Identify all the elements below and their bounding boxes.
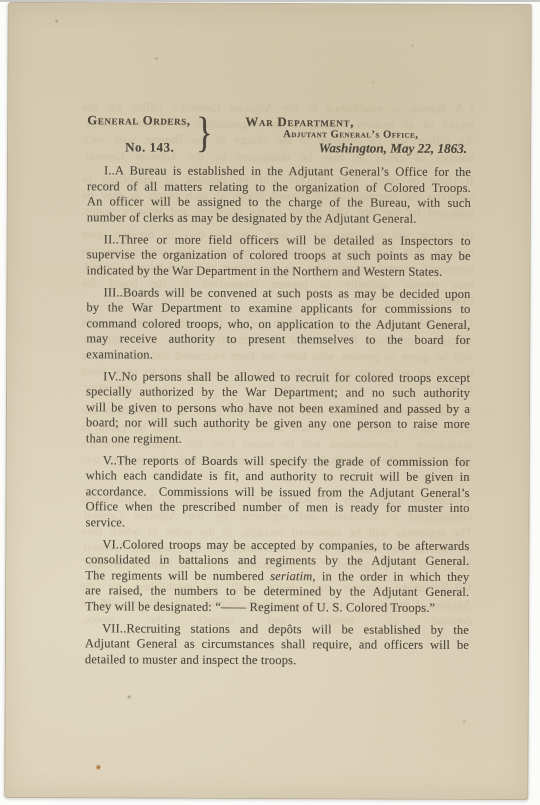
text-line: An officer will be assigned to the charg…: [87, 194, 471, 211]
text-line: than one regiment.: [86, 431, 470, 448]
text-line: The regiments will be numbered seriatim,…: [85, 568, 469, 585]
text-line: indicated by the War Department in the N…: [87, 263, 471, 280]
general-orders-label: General Orders,: [87, 113, 190, 128]
order-paragraph: II..Three or more field officers will be…: [87, 232, 471, 280]
text-line: supervise the organization of colored tr…: [87, 247, 471, 264]
masthead: General Orders, No. 143. } War Departmen…: [87, 112, 471, 165]
adjutant-generals-office-label: Adjutant General’s Office,: [283, 129, 418, 141]
text-line: Adjutant General as circumstances shall …: [85, 636, 469, 653]
text-line: board; nor will such authority be given …: [86, 415, 470, 432]
brace-glyph: }: [196, 110, 213, 157]
text-line: Office when the prescribed number of men…: [86, 499, 470, 516]
paper-speck: [96, 765, 100, 769]
text-line: I..A Bureau is established in the Adjuta…: [87, 163, 471, 180]
text-line: number of clerks as may be designated by…: [87, 210, 471, 227]
paper-speck: [128, 695, 131, 698]
text-line: III..Boards will be convened at such pos…: [86, 285, 470, 302]
document-content: General Orders, No. 143. } War Departmen…: [85, 112, 471, 675]
text-line: They will be designated: “—— Regiment of…: [85, 599, 469, 616]
paper-speck: [372, 81, 374, 83]
dateline: Washington, May 22, 1863.: [319, 140, 468, 157]
text-line: record of all matters relating to the or…: [87, 179, 471, 196]
order-paragraph: VII..Recruiting stations and depôts will…: [85, 621, 469, 669]
text-line: VI..Colored troops may be accepted by co…: [85, 537, 469, 554]
document-page: I..A Bureau is established in the Adjuta…: [4, 2, 531, 800]
order-number: No. 143.: [125, 139, 174, 155]
text-line: IV..No persons shall be allowed to recru…: [86, 369, 470, 386]
order-paragraph: IV..No persons shall be allowed to recru…: [86, 369, 470, 448]
text-line: consolidated in battalions and regiments…: [85, 552, 469, 569]
text-line: specially authorized by the War Departme…: [86, 384, 470, 401]
text-line: will be given to persons who have not be…: [86, 400, 470, 417]
paper-speck: [463, 720, 466, 723]
paper-speck: [56, 20, 58, 22]
war-department-label: War Department,: [245, 114, 354, 130]
order-paragraph: III..Boards will be convened at such pos…: [86, 285, 470, 364]
text-line: service.: [85, 515, 469, 532]
text-line: which each candidate is fit, and authori…: [86, 468, 470, 485]
order-paragraph: VI..Colored troops may be accepted by co…: [85, 537, 469, 616]
text-line: VII..Recruiting stations and depôts will…: [85, 621, 469, 638]
text-line: may receive authority to present themsel…: [86, 331, 470, 348]
order-paragraphs: I..A Bureau is established in the Adjuta…: [85, 163, 471, 669]
paper-speck: [412, 45, 414, 47]
text-line: V..The reports of Boards will specify th…: [86, 453, 470, 470]
text-line: by the War Department to examine applica…: [86, 300, 470, 317]
text-line: detailed to muster and inspect the troop…: [85, 652, 469, 669]
text-line: examination.: [86, 347, 470, 364]
paper-speck: [155, 58, 157, 60]
scan-edge-strip: [0, 0, 540, 2]
text-line: II..Three or more field officers will be…: [87, 232, 471, 249]
text-line: are raised, the numbers to be determined…: [85, 583, 469, 600]
order-paragraph: V..The reports of Boards will specify th…: [85, 453, 469, 532]
order-paragraph: I..A Bureau is established in the Adjuta…: [87, 163, 471, 227]
text-line: accordance. Commissions will be issued f…: [86, 484, 470, 501]
text-line: command colored troops, who, on applicat…: [86, 316, 470, 333]
